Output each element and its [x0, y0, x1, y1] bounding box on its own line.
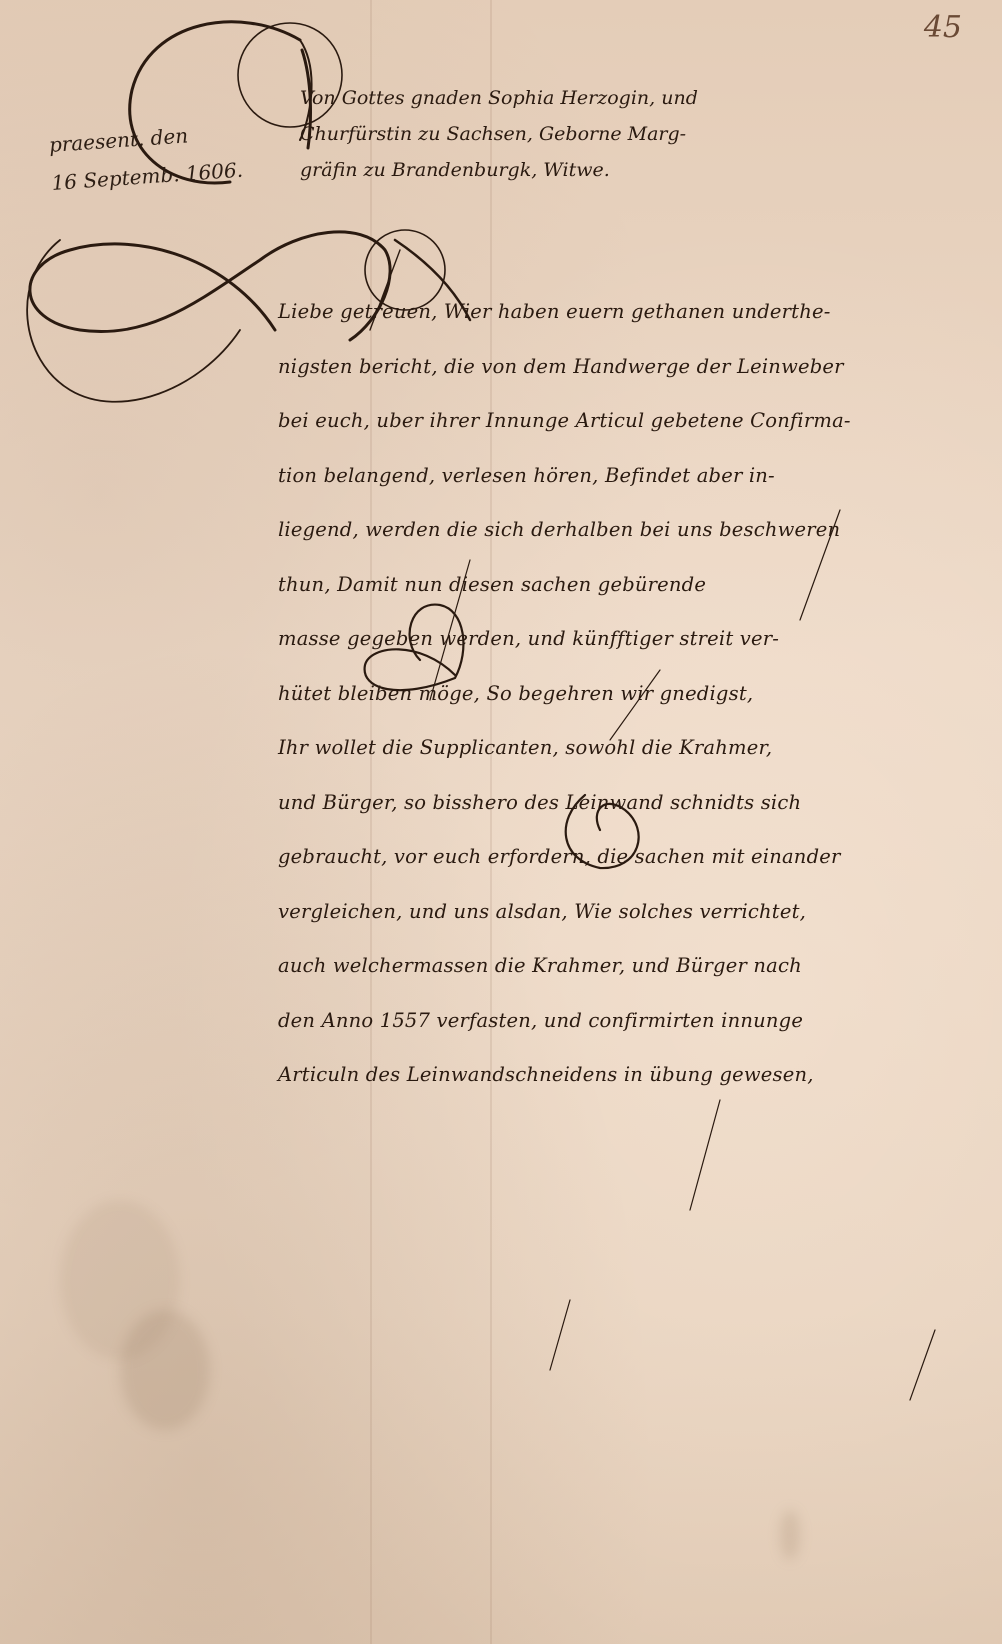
- body-line: auch welchermassen die Krahmer, und Bürg…: [278, 954, 978, 1009]
- body-line: tion belangend, verlesen hören, Befindet…: [278, 464, 978, 519]
- address-line: Churfürstin zu Sachsen, Geborne Marg-: [300, 116, 820, 152]
- letter-address-block: Von Gottes gnaden Sophia Herzogin, und C…: [300, 80, 820, 188]
- folio-number: 45: [924, 10, 962, 45]
- body-line: hütet bleiben möge, So begehren wir gned…: [278, 682, 978, 737]
- paper-stain: [780, 1510, 800, 1560]
- receipt-note: praesent. den 16 Septemb. 1606.: [48, 110, 283, 202]
- body-line: nigsten bericht, die von dem Handwerge d…: [278, 355, 978, 410]
- paper-stain: [60, 1200, 180, 1360]
- address-line: Von Gottes gnaden Sophia Herzogin, und: [300, 80, 820, 116]
- body-line: Ihr wollet die Supplicanten, sowohl die …: [278, 736, 978, 791]
- address-line: gräfin zu Brandenburgk, Witwe.: [300, 152, 820, 188]
- body-line: Articuln des Leinwandschneidens in übung…: [278, 1063, 978, 1118]
- manuscript-page: 45 praesent. den 16 Septemb. 1606.: [0, 0, 1002, 1644]
- body-line: liegend, werden die sich derhalben bei u…: [278, 518, 978, 573]
- body-line: den Anno 1557 verfasten, und confirmirte…: [278, 1009, 978, 1064]
- body-line: Liebe getreuen, Wier haben euern gethane…: [278, 300, 978, 355]
- body-line: und Bürger, so bisshero des Leinwand sch…: [278, 791, 978, 846]
- body-line: vergleichen, und uns alsdan, Wie solches…: [278, 900, 978, 955]
- body-line: thun, Damit nun diesen sachen gebürende: [278, 573, 978, 628]
- body-line: gebraucht, vor euch erfordern, die sache…: [278, 845, 978, 900]
- body-line: masse gegeben werden, und künfftiger str…: [278, 627, 978, 682]
- letter-body: Liebe getreuen, Wier haben euern gethane…: [278, 300, 978, 1118]
- body-line: bei euch, uber ihrer Innunge Articul geb…: [278, 409, 978, 464]
